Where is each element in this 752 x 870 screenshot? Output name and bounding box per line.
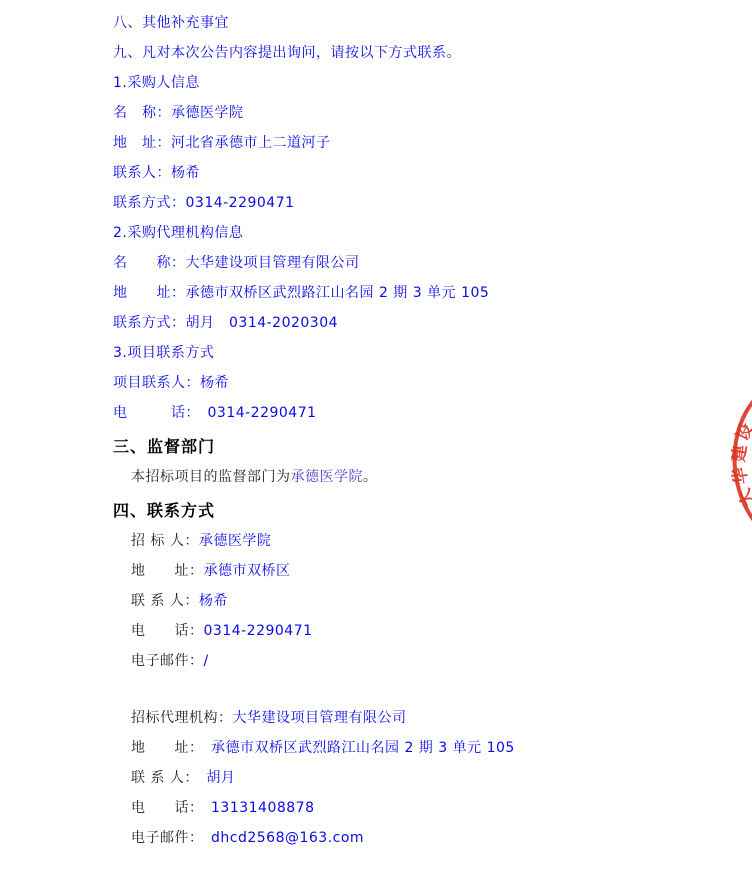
row-label: 电子邮件：: [131, 830, 211, 846]
row-value: 杨希: [199, 593, 228, 609]
purchaser-info-title: 1.采购人信息: [113, 68, 752, 98]
purchaser-contact-phone: 联系方式：0314-2290471: [113, 188, 752, 218]
row-label: 地 址：: [131, 740, 211, 756]
tenderer-address-row: 地 址：承德市双桥区: [131, 556, 752, 586]
supervision-body: 本招标项目的监督部门为承德医学院。: [131, 462, 752, 492]
tenderer-name-row: 招 标 人：承德医学院: [131, 526, 752, 556]
row-value: 大华建设项目管理有限公司: [233, 710, 407, 726]
row-label: 招 标 人：: [131, 533, 199, 549]
notice-heading-8: 八、其他补充事宜: [113, 8, 752, 38]
supervision-department-link[interactable]: 承德医学院: [291, 469, 364, 485]
agency-phone-row: 电 话： 13131408878: [131, 793, 752, 823]
row-value: dhcd2568@163.com: [211, 830, 364, 846]
project-contact-person: 项目联系人：杨希: [113, 368, 752, 398]
tenderer-contact-person-row: 联 系 人：杨希: [131, 586, 752, 616]
row-value: 0314-2290471: [204, 623, 313, 639]
row-label: 联 系 人：: [131, 770, 206, 786]
agency-contact-phone: 联系方式：胡月 0314-2020304: [113, 308, 752, 338]
purchaser-name: 名 称：承德医学院: [113, 98, 752, 128]
announcement-document: 八、其他补充事宜 九、凡对本次公告内容提出询问，请按以下方式联系。 1.采购人信…: [113, 8, 752, 853]
project-contact-title: 3.项目联系方式: [113, 338, 752, 368]
contact-section-heading: 四、联系方式: [113, 496, 752, 526]
row-label: 地 址：: [131, 563, 204, 579]
row-value: /: [204, 653, 209, 669]
row-value: 承德市双桥区武烈路江山名园 2 期 3 单元 105: [211, 740, 515, 756]
row-value: 13131408878: [211, 800, 314, 816]
agency-info-title: 2.采购代理机构信息: [113, 218, 752, 248]
row-value: 承德医学院: [199, 533, 272, 549]
supervision-body-suffix: 。: [363, 469, 378, 485]
supervision-section-heading: 三、监督部门: [113, 432, 752, 462]
tenderer-contact-rows: 招 标 人：承德医学院 地 址：承德市双桥区 联 系 人：杨希 电 话：0314…: [131, 526, 752, 676]
row-label: 招标代理机构：: [131, 710, 233, 726]
tenderer-phone-row: 电 话：0314-2290471: [131, 616, 752, 646]
agency-email-row: 电子邮件： dhcd2568@163.com: [131, 823, 752, 853]
agency-name-row: 招标代理机构：大华建设项目管理有限公司: [131, 703, 752, 733]
project-contact-phone: 电 话： 0314-2290471: [113, 398, 752, 428]
row-value: 胡月: [206, 770, 235, 786]
agency-address: 地 址：承德市双桥区武烈路江山名园 2 期 3 单元 105: [113, 278, 752, 308]
agency-contact-rows: 招标代理机构：大华建设项目管理有限公司 地 址： 承德市双桥区武烈路江山名园 2…: [131, 703, 752, 853]
block-spacer: [113, 676, 752, 703]
agency-name: 名 称：大华建设项目管理有限公司: [113, 248, 752, 278]
row-label: 联 系 人：: [131, 593, 199, 609]
agency-address-row: 地 址： 承德市双桥区武烈路江山名园 2 期 3 单元 105: [131, 733, 752, 763]
row-label: 电子邮件：: [131, 653, 204, 669]
row-value: 承德市双桥区: [204, 563, 291, 579]
tenderer-email-row: 电子邮件：/: [131, 646, 752, 676]
purchaser-contact-person: 联系人：杨希: [113, 158, 752, 188]
notice-heading-9: 九、凡对本次公告内容提出询问，请按以下方式联系。: [113, 38, 752, 68]
agency-contact-person-row: 联 系 人： 胡月: [131, 763, 752, 793]
row-label: 电 话：: [131, 800, 211, 816]
purchaser-address: 地 址：河北省承德市上二道河子: [113, 128, 752, 158]
row-label: 电 话：: [131, 623, 204, 639]
supervision-body-prefix: 本招标项目的监督部门为: [131, 469, 291, 485]
